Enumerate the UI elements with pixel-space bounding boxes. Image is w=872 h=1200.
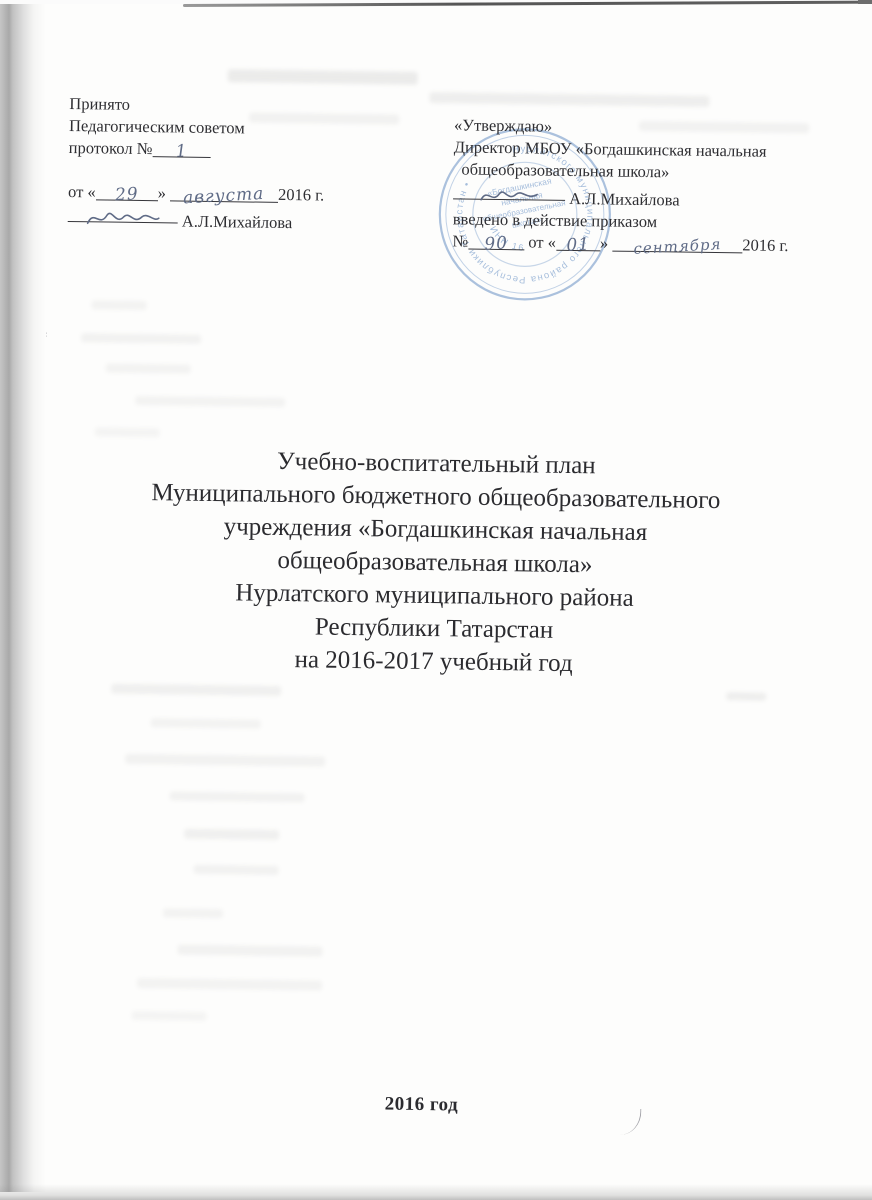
signature-line: А.Л.Михайлова	[68, 203, 398, 236]
bleedthrough-smudge	[95, 427, 160, 437]
bleedthrough-smudge	[81, 333, 201, 344]
date-day-line: 29	[96, 181, 158, 201]
order-month-handwritten: сентября	[633, 233, 722, 260]
order-day-line: 01	[556, 232, 600, 252]
quote-close: »	[600, 233, 609, 252]
scan-curve-artifact	[618, 1109, 641, 1135]
bleedthrough-smudge	[151, 718, 261, 729]
order-year: 2016 г.	[742, 235, 788, 255]
scanned-document-page: ✱ ` Нурлатского муниципального района Ре…	[0, 0, 872, 1200]
bleedthrough-smudge	[125, 754, 325, 767]
date-month-handwritten: августа	[183, 183, 265, 210]
bleedthrough-smudge	[91, 300, 146, 310]
bleedthrough-smudge	[194, 865, 279, 875]
footer-year: 2016 год	[0, 1088, 858, 1122]
bleedthrough-smudge	[429, 92, 709, 107]
order-no-label: №	[452, 231, 468, 250]
date-from-label: от «	[68, 182, 96, 201]
page-content: ✱ ` Нурлатского муниципального района Ре…	[0, 0, 872, 1200]
signatory-name: А.Л.Михайлова	[182, 212, 293, 233]
bleedthrough-smudge	[135, 396, 285, 407]
order-number-handwritten: 90	[484, 232, 509, 255]
bleedthrough-smudge	[177, 945, 322, 957]
order-from-label: от «	[528, 232, 556, 251]
signature-scribble	[84, 207, 162, 230]
protocol-number-line: 1	[152, 138, 210, 158]
signature-rule	[68, 203, 178, 224]
signatory-name: А.Л.Михайлова	[569, 189, 680, 210]
protocol-label: протокол №	[69, 138, 153, 158]
order-day-handwritten: 01	[566, 233, 591, 256]
bleedthrough-smudge	[106, 364, 191, 374]
bleedthrough-smudge	[184, 829, 279, 840]
scan-top-right-corner	[858, 0, 872, 4]
signature-rule	[453, 180, 565, 201]
bleedthrough-smudge	[726, 692, 766, 701]
protocol-line: протокол №1	[69, 137, 399, 164]
bleedthrough-smudge	[228, 69, 418, 85]
date-month-line: августа	[170, 182, 278, 203]
order-number-line: 90	[468, 231, 524, 251]
document-title: Учебно-воспитательный план Муниципальног…	[31, 442, 838, 684]
approval-block: «Утверждаю» Директор МБОУ «Богдашкинская…	[452, 114, 854, 258]
protocol-number-handwritten: 1	[175, 140, 188, 163]
signature-scribble	[477, 185, 541, 208]
bleedthrough-smudge	[111, 684, 281, 696]
bleedthrough-smudge	[170, 791, 305, 802]
scan-bottom-edge-shadow	[0, 1184, 872, 1200]
bleedthrough-smudge	[163, 908, 223, 918]
acceptance-block: Принято Педагогическим советом протокол …	[68, 93, 400, 236]
order-month-line: сентября	[612, 233, 742, 254]
bleedthrough-smudge	[132, 1011, 207, 1021]
date-year: 2016 г.	[278, 185, 324, 205]
quote-close: »	[158, 183, 167, 202]
bleedthrough-smudge	[137, 978, 322, 991]
scan-left-edge-shadow	[0, 0, 46, 1192]
